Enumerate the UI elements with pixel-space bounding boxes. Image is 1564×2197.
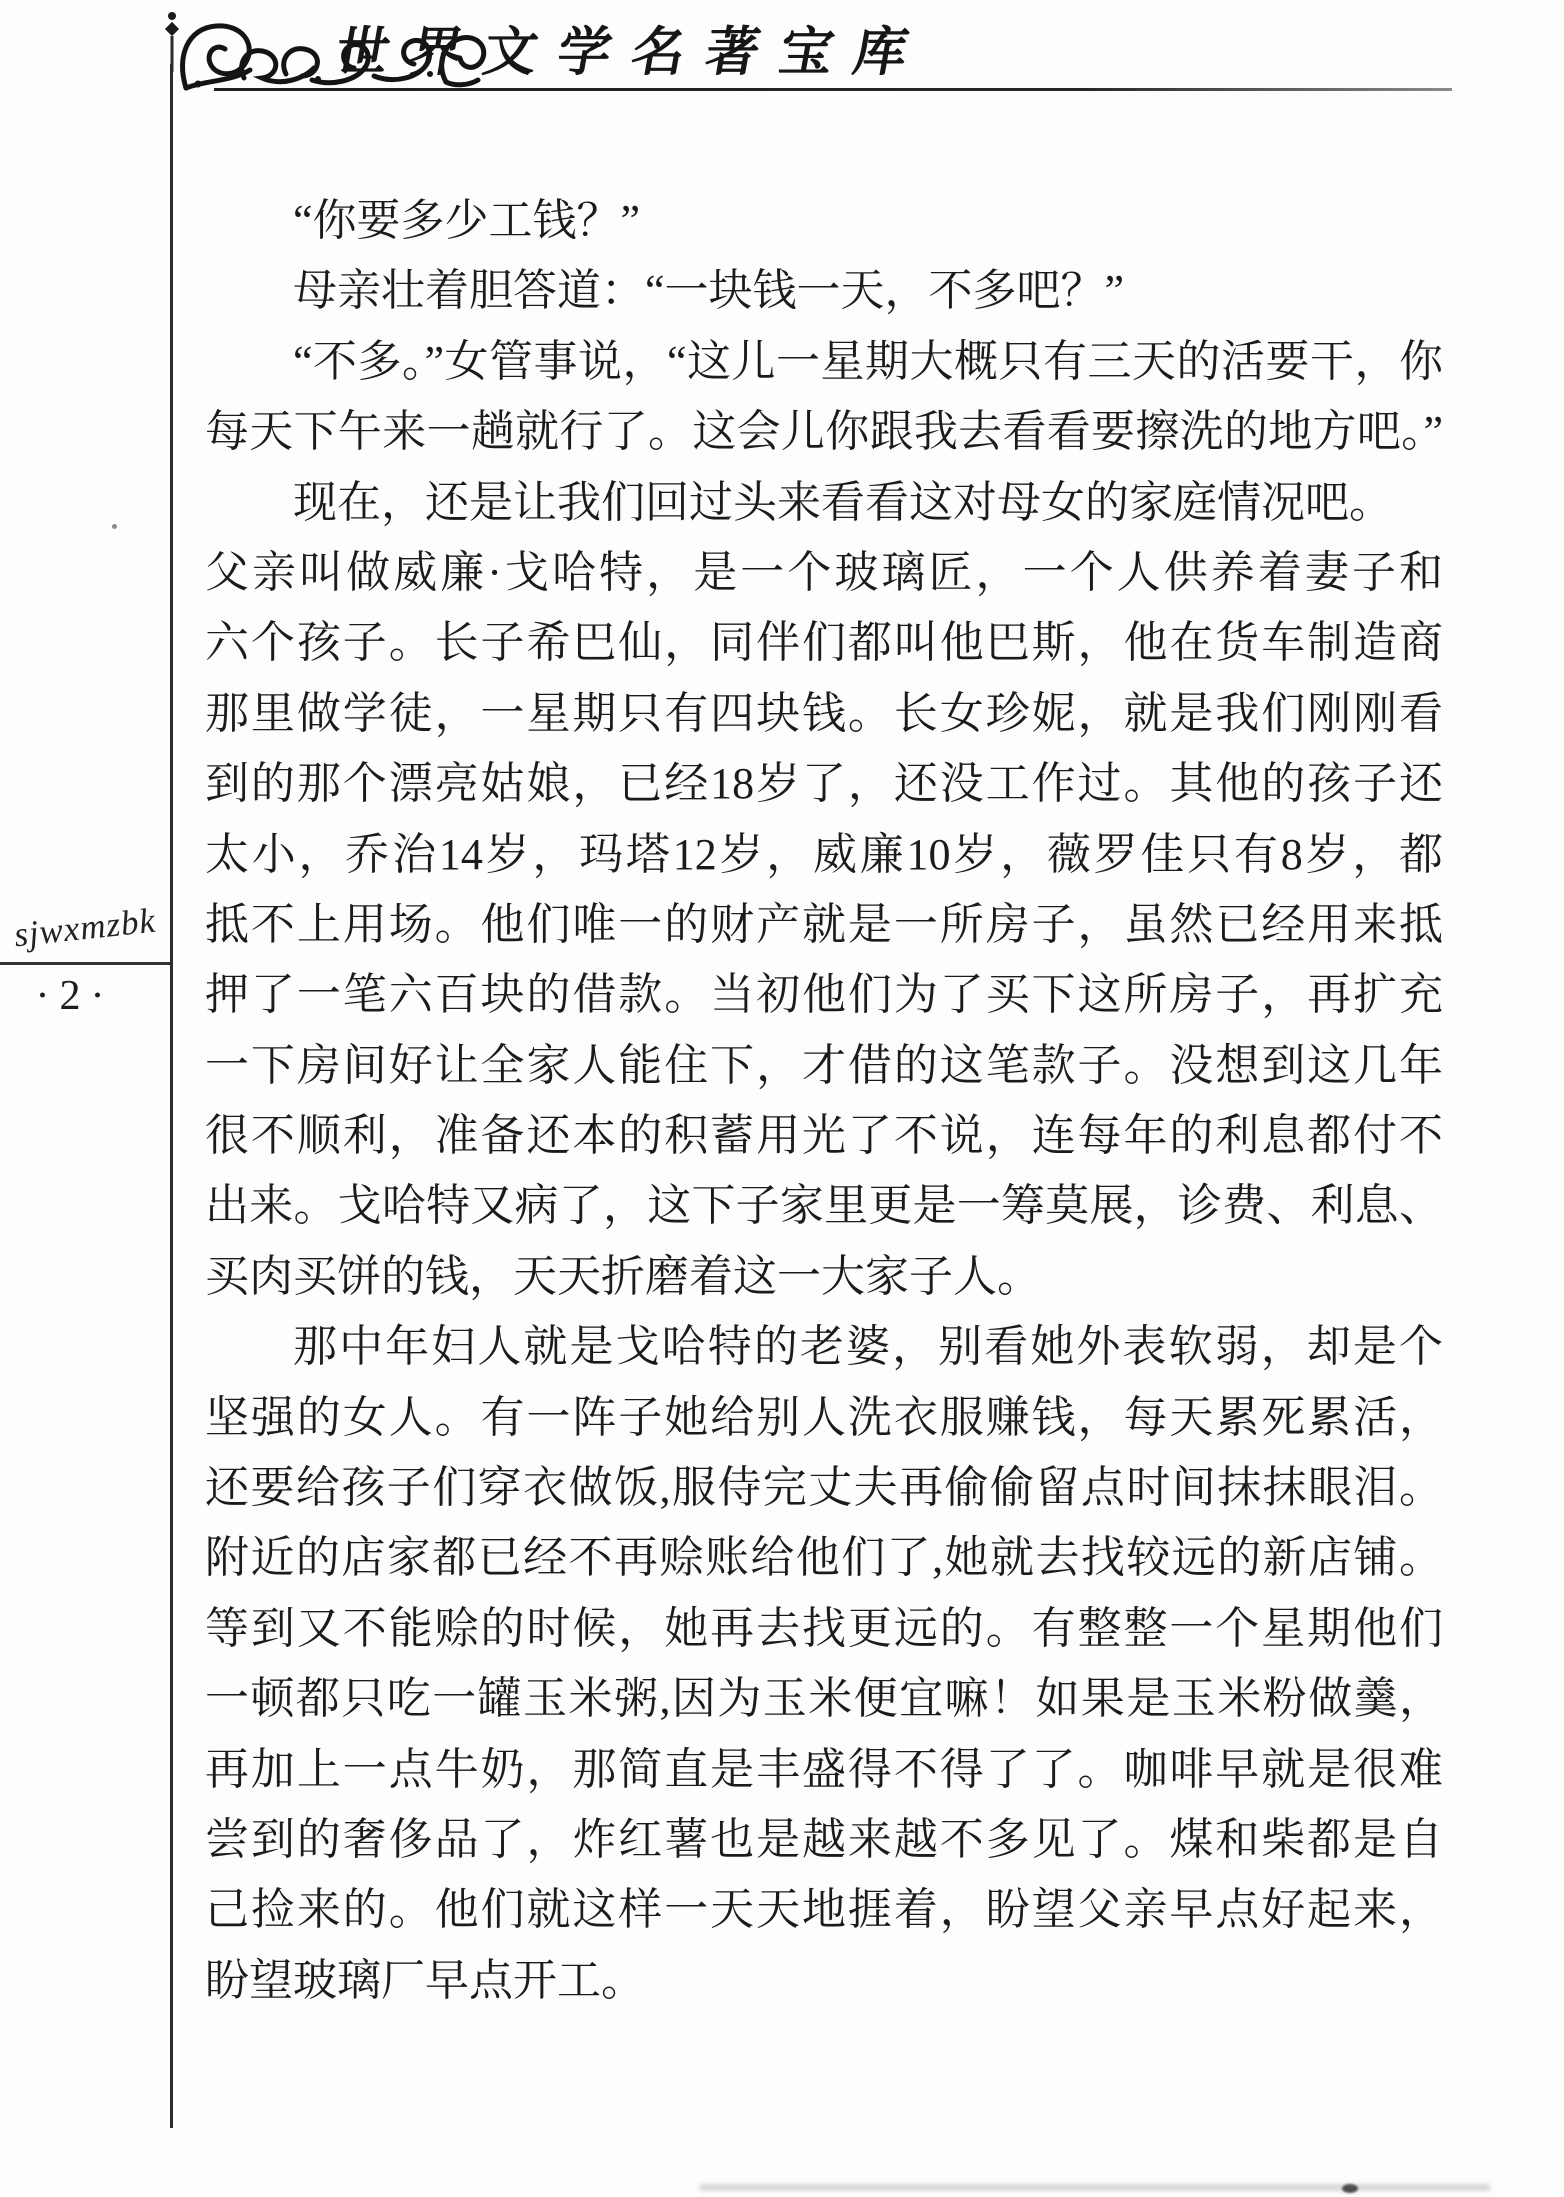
page-number: ·2· [10,972,140,1020]
header-rule [214,88,1452,91]
text-line: 抵不上用场。他们唯一的财产就是一所房子，虽然已经用来抵 [205,890,1443,960]
scan-speck [1342,2184,1358,2193]
text-line: 一下房间好让全家人能住下，才借的这笔款子。没想到这几年 [205,1031,1443,1101]
left-border-rule [170,64,173,2128]
text-line: 每天下午来一趟就行了。这会儿你跟我去看看要擦洗的地方吧。” [205,397,1443,467]
text-line: 再加上一点牛奶，那简直是丰盛得不得了了。咖啡早就是很难 [205,1735,1443,1805]
text-line: 很不顺利，准备还本的积蓄用光了不说，连每年的利息都付不 [205,1101,1443,1171]
text-line: 坚强的女人。有一阵子她给别人洗衣服赚钱，每天累死累活， [205,1383,1443,1453]
text-line: 母亲壮着胆答道：“一块钱一天，不多吧？” [205,256,1443,326]
page-title: 世界文学名著宝库 [331,22,934,84]
text-line: 己捡来的。他们就这样一天天地捱着，盼望父亲早点好起来， [205,1875,1443,1945]
text-line: 到的那个漂亮姑娘，已经18岁了，还没工作过。其他的孩子还 [205,749,1443,819]
margin-series-label: sjwxmzbk [0,896,170,959]
scanned-book-page: 世界文学名著宝库 sjwxmzbk ·2· “你要多少工钱？”母亲壮着胆答道：“… [0,0,1564,2197]
text-line: 出来。戈哈特又病了，这下子家里更是一筹莫展，诊费、利息、 [205,1171,1443,1241]
scan-smudge [700,2184,1490,2191]
text-line: 现在，还是让我们回过头来看看这对母女的家庭情况吧。 [205,468,1443,538]
text-line: 尝到的奢侈品了，炸红薯也是越来越不多见了。煤和柴都是自 [205,1805,1443,1875]
margin-underline [0,962,170,965]
text-line: 等到又不能赊的时候，她再去找更远的。有整整一个星期他们 [205,1594,1443,1664]
text-line: 那中年妇人就是戈哈特的老婆，别看她外表软弱，却是个 [205,1312,1443,1382]
text-line: 太小，乔治14岁，玛塔12岁，威廉10岁，薇罗佳只有8岁，都 [205,820,1443,890]
text-line: 那里做学徒，一星期只有四块钱。长女珍妮，就是我们刚刚看 [205,679,1443,749]
text-line: “你要多少工钱？” [205,186,1443,256]
text-line: 买肉买饼的钱，天天折磨着这一大家子人。 [205,1242,1443,1312]
text-line: 一顿都只吃一罐玉米粥,因为玉米便宜嘛！如果是玉米粉做羹， [205,1664,1443,1734]
text-line: 还要给孩子们穿衣做饭,服侍完丈夫再偷偷留点时间抹抹眼泪。 [205,1453,1443,1523]
text-line: “不多。”女管事说，“这儿一星期大概只有三天的活要干，你 [205,327,1443,397]
text-line: 盼望玻璃厂早点开工。 [205,1946,1443,2016]
text-line: 父亲叫做威廉·戈哈特，是一个玻璃匠，一个人供养着妻子和 [205,538,1443,608]
scan-speck [112,524,117,529]
body-text: “你要多少工钱？”母亲壮着胆答道：“一块钱一天，不多吧？”“不多。”女管事说，“… [205,186,1443,2016]
text-line: 六个孩子。长子希巴仙，同伴们都叫他巴斯，他在货车制造商 [205,608,1443,678]
text-line: 附近的店家都已经不再赊账给他们了,她就去找较远的新店铺。 [205,1523,1443,1593]
text-line: 押了一笔六百块的借款。当初他们为了买下这所房子，再扩充 [205,960,1443,1030]
